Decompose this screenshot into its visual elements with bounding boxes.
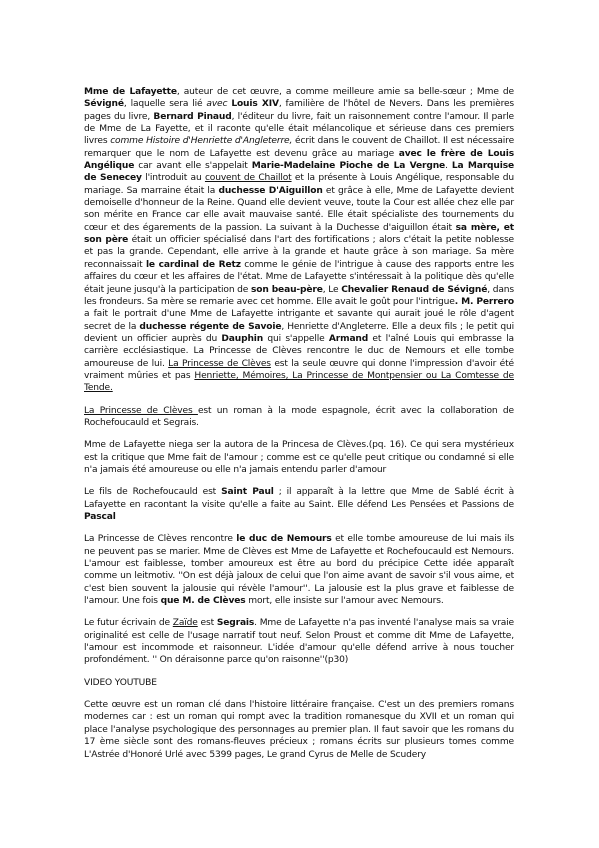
text-run: . (445, 161, 452, 171)
text-run: est (198, 618, 217, 628)
text-run: Mme de Lafayette niega ser la autora de … (84, 440, 514, 475)
bold-name: Dauphin (221, 334, 263, 344)
bold-name: Marie-Madelaine Pioche de La Vergne (252, 161, 445, 171)
text-run: qui s'appelle (263, 334, 329, 344)
text-run: , laquelle sera lié (124, 99, 207, 109)
text-run: , Le (323, 285, 341, 295)
paragraph-rochefoucauld-son: Le fils de Rochefoucauld est Saint Paul … (84, 486, 514, 523)
text-run: La Princesse de Clèves rencontre (84, 534, 236, 544)
underlined-title: La Princesse de Clèves (84, 406, 198, 416)
bold-name: Saint Paul (221, 487, 274, 497)
underlined-title: couvent de Chaillot (205, 173, 292, 183)
underlined-title: Zaïde (173, 618, 198, 628)
bold-name: duchesse D'Aiguillon (218, 186, 322, 196)
paragraph-roman-cle: Cette œuvre est un roman clé dans l'hist… (84, 699, 514, 761)
document-page: Mme de Lafayette, auteur de cet œuvre, a… (84, 86, 514, 771)
italic-text: comme Histoire d'Henriette d'Angleterre, (110, 136, 292, 146)
paragraph-zaide-segrais: Le futur écrivain de Zaïde est Segrais. … (84, 617, 514, 666)
text-run: Le futur écrivain de (84, 618, 173, 628)
bold-name: Chevalier Renaud de Sévigné (341, 285, 487, 295)
paragraph-princesse-roman: La Princesse de Clèves est un roman à la… (84, 405, 514, 430)
paragraph-biography: Mme de Lafayette, auteur de cet œuvre, a… (84, 86, 514, 395)
bold-name: . M. Perrero (455, 297, 514, 307)
bold-name: Pascal (84, 512, 116, 522)
paragraph-authorship: Mme de Lafayette niega ser la autora de … (84, 439, 514, 476)
bold-name: que M. de Clèves (161, 596, 246, 606)
bold-name: Mme de Lafayette (84, 87, 177, 97)
text-run: VIDEO YOUTUBE (84, 678, 157, 688)
section-heading-video: VIDEO YOUTUBE (84, 677, 514, 689)
bold-name: Louis XIV (231, 99, 279, 109)
text-run: Le fils de Rochefoucauld est (84, 487, 221, 497)
text-run: Cette œuvre est un roman clé dans l'hist… (84, 700, 514, 759)
text-run: mort, elle insiste sur l'amour avec Nemo… (246, 596, 444, 606)
bold-name: duchesse régente de Savoie (139, 322, 281, 332)
bold-name: Sévigné (84, 99, 124, 109)
bold-name: le cardinal de Retz (146, 260, 241, 270)
text-run: l'introduit au (142, 173, 205, 183)
bold-name: Segrais (217, 618, 254, 628)
bold-name: Armand (329, 334, 368, 344)
bold-name: le duc de Nemours (236, 534, 331, 544)
bold-name: Bernard Pinaud (153, 112, 231, 122)
text-run: , auteur de cet œuvre, a comme meilleure… (177, 87, 514, 97)
italic-text: avec (206, 99, 227, 109)
bold-name: son beau-père (251, 285, 323, 295)
underlined-title: La Princesse de Clèves (168, 359, 271, 369)
paragraph-nemours: La Princesse de Clèves rencontre le duc … (84, 533, 514, 607)
text-run: car avant elle s'appelait (134, 161, 252, 171)
